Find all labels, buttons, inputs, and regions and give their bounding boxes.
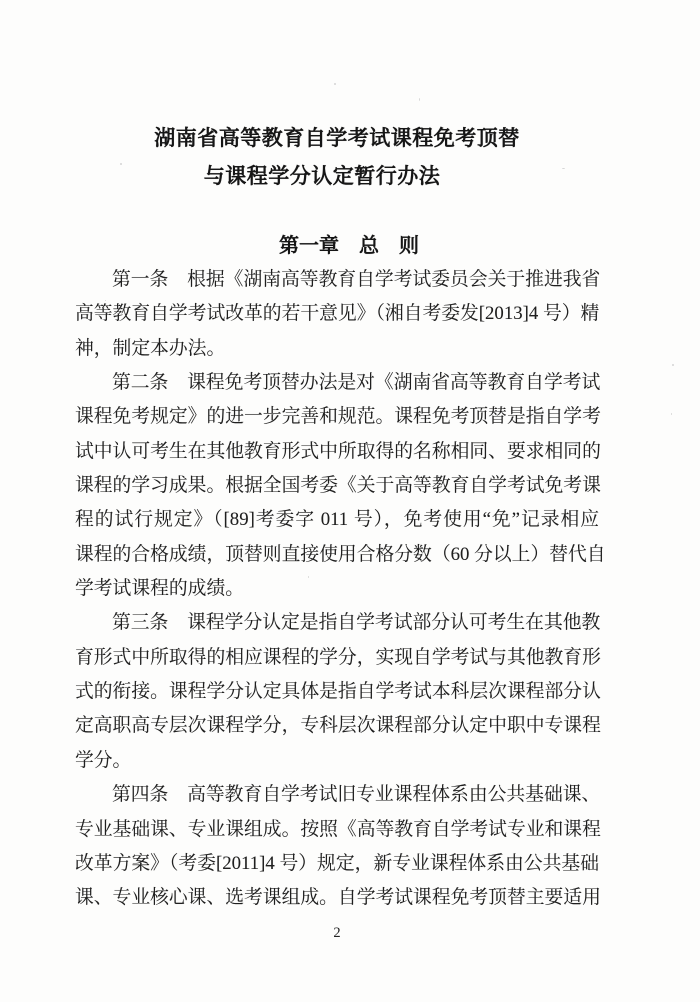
article-3-line-2: 育形式中所取得的相应课程的学分，实现自学考试与其他教育形: [75, 641, 599, 675]
chapter-heading: 第一章 总 则: [87, 232, 611, 260]
article-4-line-4: 课、专业核心课、选考课组成。自学考试课程免考顶替主要适用: [75, 881, 599, 915]
article-4-line-2: 专业基础课、专业课组成。按照《高等教育自学考试专业和课程: [75, 813, 599, 847]
document-body: 第一条 根据《湖南高等教育自学考试委员会关于推进我省 高等教育自学考试改革的若干…: [75, 263, 599, 916]
article-1-line-3: 神，制定本办法。: [75, 332, 599, 366]
page-number: 2: [75, 925, 599, 942]
scan-speckle: [419, 98, 420, 101]
article-2-line-1: 第二条 课程免考顶替办法是对《湖南省高等教育自学考试: [75, 366, 599, 400]
document-title: 湖南省高等教育自学考试课程免考顶替 与课程学分认定暂行办法: [75, 120, 599, 195]
scan-speckle: [334, 83, 336, 85]
article-3-line-5: 学分。: [75, 744, 599, 778]
article-2-line-3: 试中认可考生在其他教育形式中所取得的名称相同、要求相同的: [75, 435, 599, 469]
scan-speckle: [672, 364, 674, 366]
article-3-line-1: 第三条 课程学分认定是指自学考试部分认可考生在其他教: [75, 606, 599, 640]
article-2-line-2: 课程免考规定》的进一步完善和规范。课程免考顶替是指自学考: [75, 400, 599, 434]
article-4-line-3: 改革方案》（考委[2011]4 号）规定，新专业课程体系由公共基础: [75, 847, 599, 881]
article-3-line-3: 式的衔接。课程学分认定具体是指自学考试本科层次课程部分认: [75, 675, 599, 709]
article-2-line-4: 课程的学习成果。根据全国考委《关于高等教育自学考试免考课: [75, 469, 599, 503]
article-4-line-1: 第四条 高等教育自学考试旧专业课程体系由公共基础课、: [75, 778, 599, 812]
scanned-document-page: 湖南省高等教育自学考试课程免考顶替 与课程学分认定暂行办法 第一章 总 则 第一…: [0, 0, 700, 1002]
scan-speckle: [308, 576, 309, 578]
article-1-line-2: 高等教育自学考试改革的若干意见》（湘自考委发[2013]4 号）精: [75, 297, 599, 331]
article-1-line-1: 第一条 根据《湖南高等教育自学考试委员会关于推进我省: [75, 263, 599, 297]
scan-speckle: [671, 413, 672, 415]
article-3-line-4: 定高职高专层次课程学分，专科层次课程部分认定中职中专课程: [75, 709, 599, 743]
document-title-line-1: 湖南省高等教育自学考试课程免考顶替: [75, 120, 599, 158]
article-2-line-5: 程的试行规定》（[89]考委字 011 号），免考使用“免”记录相应: [75, 503, 599, 537]
article-2-line-6: 课程的合格成绩，顶替则直接使用合格分数（60 分以上）替代自: [75, 538, 599, 572]
scan-speckle: [120, 163, 122, 165]
article-2-line-7: 学考试课程的成绩。: [75, 572, 599, 606]
document-title-line-2: 与课程学分认定暂行办法: [60, 158, 584, 196]
scan-speckle: [562, 168, 565, 169]
scan-speckle: [105, 300, 106, 301]
